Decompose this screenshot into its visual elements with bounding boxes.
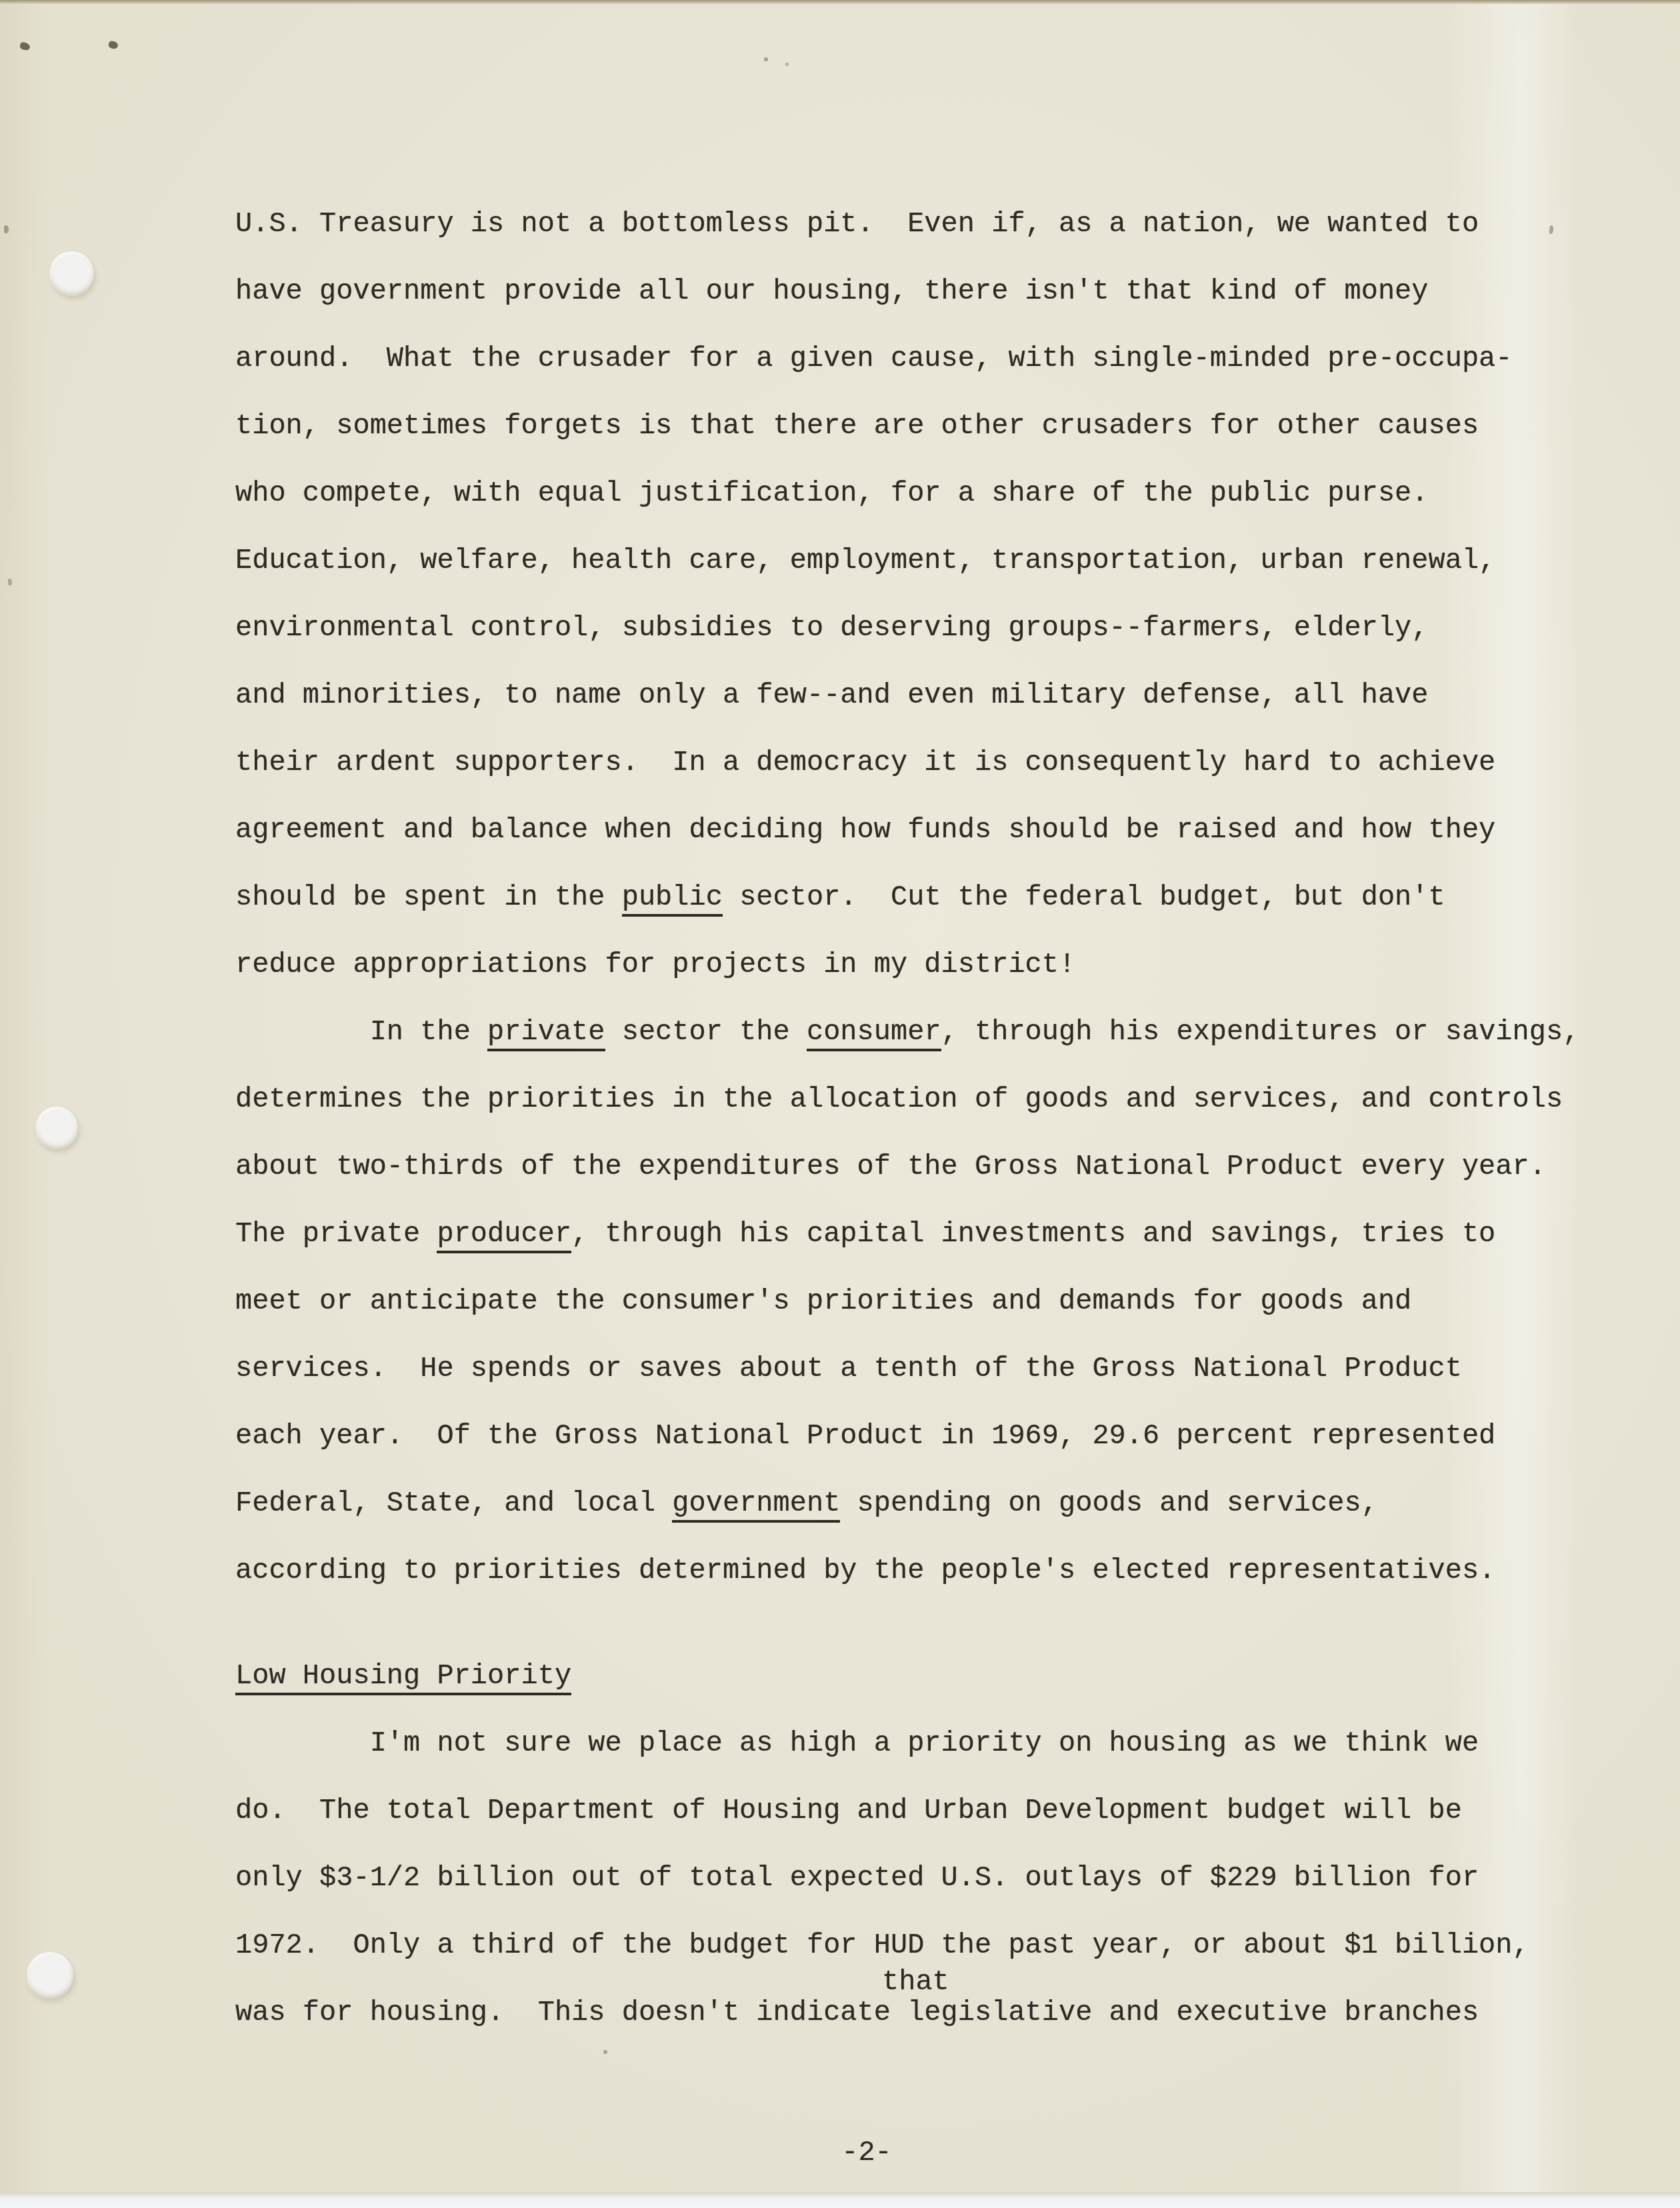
text-segment: The private — [235, 1218, 437, 1250]
text-segment: and minorities, to name only a few--and … — [235, 679, 1429, 711]
text-segment: around. What the crusader for a given ca… — [235, 343, 1513, 375]
text-segment: have government provide all our housing,… — [235, 275, 1429, 307]
inserted-word-annotation: that — [882, 1949, 949, 2016]
text-segment: services. He spends or saves about a ten… — [235, 1353, 1462, 1385]
text-line: about two-thirds of the expenditures of … — [235, 1133, 1579, 1201]
paper-speck — [603, 2050, 607, 2054]
text-line: around. What the crusader for a given ca… — [235, 325, 1579, 393]
underlined-text: private — [487, 1016, 605, 1051]
paper-speck — [785, 63, 789, 66]
text-segment: tion, sometimes forgets is that there ar… — [235, 410, 1479, 442]
text-line: I'm not sure we place as high a priority… — [235, 1710, 1579, 1777]
text-line: U.S. Treasury is not a bottomless pit. E… — [235, 191, 1579, 258]
text-segment: environmental control, subsidies to dese… — [235, 612, 1429, 644]
text-line: agreement and balance when deciding how … — [235, 797, 1579, 864]
text-segment: In the — [235, 1016, 487, 1048]
paper-speck — [19, 41, 31, 51]
underlined-text: consumer — [807, 1016, 941, 1051]
text-line: services. He spends or saves about a ten… — [235, 1335, 1579, 1403]
underlined-text: producer — [437, 1218, 571, 1253]
typewritten-text-body: U.S. Treasury is not a bottomless pit. E… — [235, 191, 1579, 2047]
paper-speck — [4, 225, 9, 233]
underlined-text: public — [622, 881, 723, 917]
text-line: In the private sector the consumer, thro… — [235, 999, 1579, 1066]
text-line: each year. Of the Gross National Product… — [235, 1403, 1579, 1470]
underlined-text: Low Housing Priority — [235, 1660, 571, 1695]
text-segment: about two-thirds of the expenditures of … — [235, 1151, 1546, 1183]
text-segment: who compete, with equal justification, f… — [235, 477, 1429, 509]
text-line: have government provide all our housing,… — [235, 258, 1579, 325]
text-line: who compete, with equal justification, f… — [235, 460, 1579, 527]
paper-speck — [8, 579, 12, 585]
text-segment: sector. Cut the federal budget, but don'… — [723, 881, 1445, 913]
punch-hole-middle — [35, 1107, 78, 1149]
text-segment: their ardent supporters. In a democracy … — [235, 747, 1495, 779]
underlined-text: government — [672, 1487, 840, 1523]
text-line: The private producer, through his capita… — [235, 1201, 1579, 1268]
text-segment: according to priorities determined by th… — [235, 1555, 1495, 1587]
text-segment: Education, welfare, health care, employm… — [235, 545, 1495, 577]
paper-speck — [108, 41, 119, 50]
text-segment: , through his expenditures or savings, — [941, 1016, 1580, 1048]
punch-hole-top — [49, 251, 94, 296]
text-line: determines the priorities in the allocat… — [235, 1066, 1579, 1133]
text-line: tion, sometimes forgets is that there ar… — [235, 393, 1579, 460]
text-line: their ardent supporters. In a democracy … — [235, 729, 1579, 797]
text-line: should be spent in the public sector. Cu… — [235, 864, 1579, 931]
text-segment: only $3-1/2 billion out of total expecte… — [235, 1862, 1479, 1894]
text-line: do. The total Department of Housing and … — [235, 1777, 1579, 1845]
text-segment: spending on goods and services, — [840, 1487, 1378, 1519]
page-number: -2- — [27, 2119, 1680, 2187]
text-segment: U.S. Treasury is not a bottomless pit. E… — [235, 208, 1479, 240]
paper-bottom-edge — [0, 2192, 1680, 2208]
text-segment: do. The total Department of Housing and … — [235, 1795, 1462, 1827]
text-segment: was for housing. This doesn't indicate l… — [235, 1997, 1479, 2029]
text-line: according to priorities determined by th… — [235, 1537, 1579, 1605]
text-segment: I'm not sure we place as high a priority… — [235, 1727, 1479, 1759]
section-heading: Low Housing Priority — [235, 1643, 1579, 1710]
text-line: reduce appropriations for projects in my… — [235, 931, 1579, 999]
text-segment: sector the — [605, 1016, 807, 1048]
text-line: only $3-1/2 billion out of total expecte… — [235, 1845, 1579, 1912]
text-segment: should be spent in the — [235, 881, 622, 913]
text-line: Education, welfare, health care, employm… — [235, 527, 1579, 595]
text-line: and minorities, to name only a few--and … — [235, 662, 1579, 729]
text-segment: agreement and balance when deciding how … — [235, 814, 1495, 846]
text-line: Federal, State, and local government spe… — [235, 1470, 1579, 1537]
text-segment: , through his capital investments and sa… — [571, 1218, 1495, 1250]
text-line: meet or anticipate the consumer's priori… — [235, 1268, 1579, 1335]
text-line: environmental control, subsidies to dese… — [235, 595, 1579, 662]
text-segment: meet or anticipate the consumer's priori… — [235, 1285, 1411, 1317]
text-segment: each year. Of the Gross National Product… — [235, 1420, 1495, 1452]
paper-speck — [764, 57, 768, 61]
paper-top-edge — [0, 0, 1680, 4]
punch-hole-bottom — [27, 1952, 73, 1999]
text-segment: reduce appropriations for projects in my… — [235, 949, 1075, 981]
text-segment: Federal, State, and local — [235, 1487, 672, 1519]
document-page: U.S. Treasury is not a bottomless pit. E… — [0, 0, 1680, 2208]
text-segment: determines the priorities in the allocat… — [235, 1083, 1563, 1115]
